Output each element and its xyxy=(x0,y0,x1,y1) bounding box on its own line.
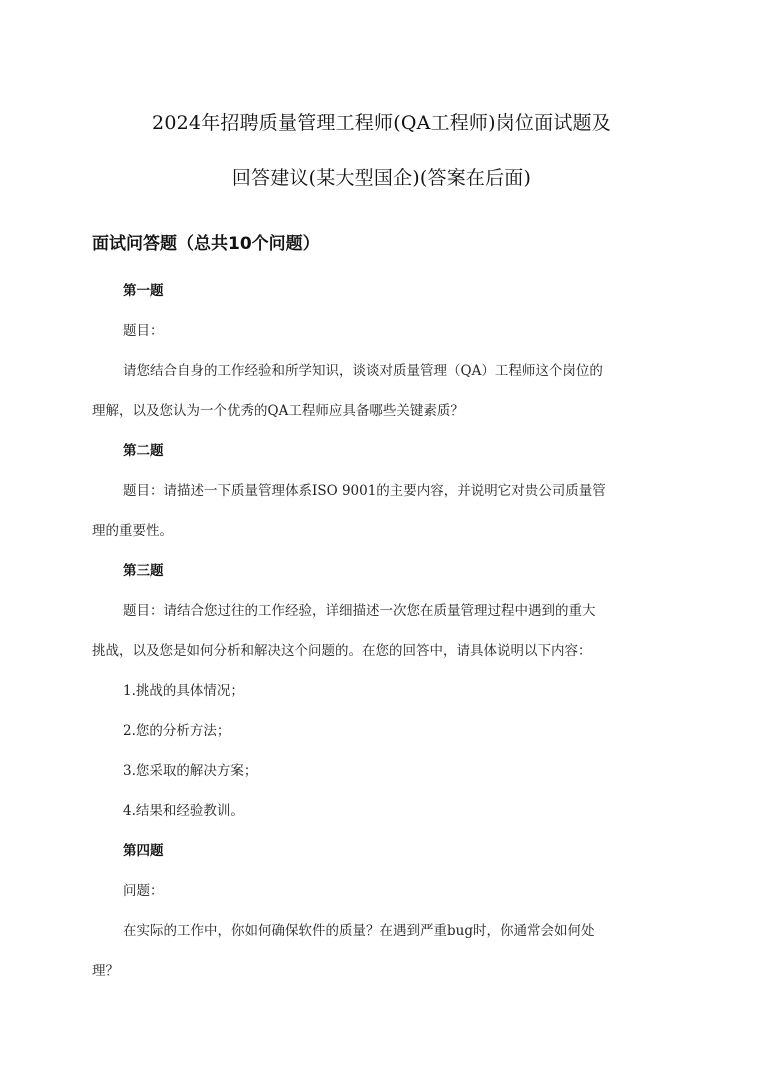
document-title-line-2: 回答建议(某大型国企)(答案在后面) xyxy=(0,163,763,190)
question-3-text-line-1: 题目：请结合您过往的工作经验，详细描述一次您在质量管理过程中遇到的重大 xyxy=(123,599,596,619)
document-page: 2024年招聘质量管理工程师(QA工程师)岗位面试题及 回答建议(某大型国企)(… xyxy=(0,0,763,1080)
question-1-text-line-1: 请您结合自身的工作经验和所学知识，谈谈对质量管理（QA）工程师这个岗位的 xyxy=(123,359,603,379)
question-2-text-line-1: 题目：请描述一下质量管理体系ISO 9001的主要内容，并说明它对贵公司质量管 xyxy=(123,479,606,499)
question-2-text-line-2: 理的重要性。 xyxy=(92,519,173,539)
question-2-heading: 第二题 xyxy=(123,439,164,459)
question-3-item-1: 1.挑战的具体情况； xyxy=(123,679,244,699)
question-4-text-line-2: 理？ xyxy=(92,959,119,979)
section-heading: 面试问答题（总共10个问题） xyxy=(92,229,320,254)
question-1-heading: 第一题 xyxy=(123,279,164,299)
question-4-text-line-1: 在实际的工作中，你如何确保软件的质量？在遇到严重bug时，你通常会如何处 xyxy=(123,919,594,939)
question-1-text-line-2: 理解，以及您认为一个优秀的QA工程师应具备哪些关键素质？ xyxy=(92,399,464,419)
question-3-text-line-2: 挑战，以及您是如何分析和解决这个问题的。在您的回答中，请具体说明以下内容： xyxy=(92,639,592,659)
question-4-label: 问题： xyxy=(123,879,164,899)
question-3-item-3: 3.您采取的解决方案； xyxy=(123,759,257,779)
question-3-heading: 第三题 xyxy=(123,559,164,579)
question-3-item-4: 4.结果和经验教训。 xyxy=(123,799,244,819)
document-title-line-1: 2024年招聘质量管理工程师(QA工程师)岗位面试题及 xyxy=(0,108,763,135)
question-4-heading: 第四题 xyxy=(123,839,164,859)
question-3-item-2: 2.您的分析方法； xyxy=(123,719,230,739)
question-1-label: 题目： xyxy=(123,319,164,339)
